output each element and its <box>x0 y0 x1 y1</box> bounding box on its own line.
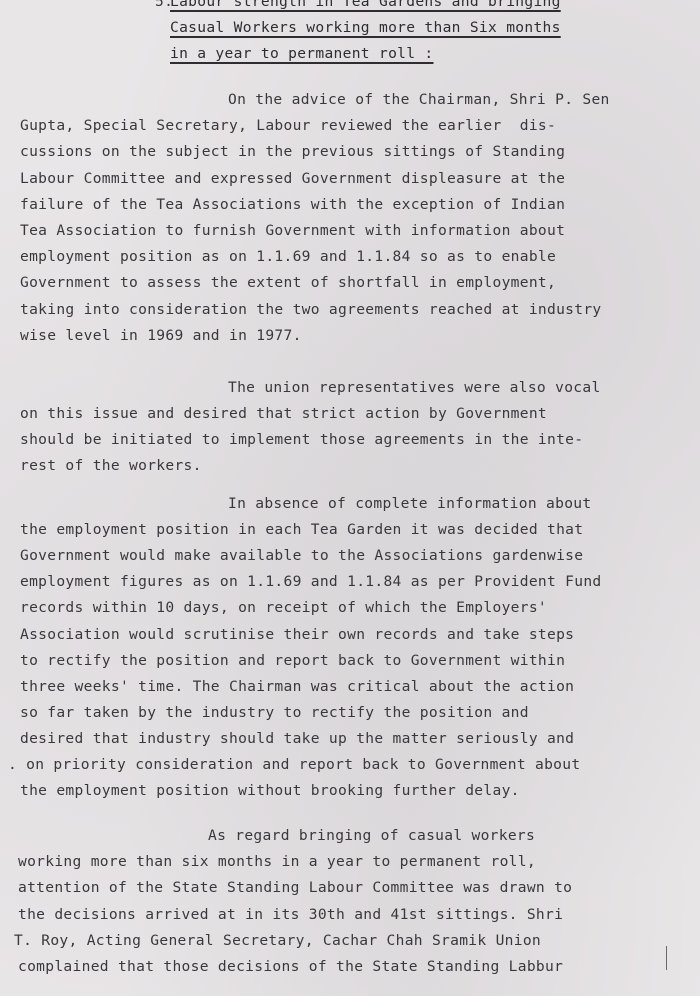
heading-line-2: Casual Workers working more than Six mon… <box>170 18 561 38</box>
paragraph-3-line: records within 10 days, on receipt of wh… <box>20 598 547 618</box>
paragraph-3-line: In absence of complete information about <box>228 494 591 514</box>
paragraph-4-line: T. Roy, Acting General Secretary, Cachar… <box>14 931 541 951</box>
paragraph-4-line: attention of the State Standing Labour C… <box>18 878 572 898</box>
paragraph-1-line: employment position as on 1.1.69 and 1.1… <box>20 247 556 267</box>
paragraph-3-line: the employment position without brooking… <box>20 781 520 801</box>
paragraph-2-line: should be initiated to implement those a… <box>20 430 583 450</box>
paragraph-2-line: The union representatives were also voca… <box>228 378 601 398</box>
paragraph-1-line: wise level in 1969 and in 1977. <box>20 326 302 346</box>
paragraph-1-line: Gupta, Special Secretary, Labour reviewe… <box>20 116 556 136</box>
paragraph-3-line: Government would make available to the A… <box>20 546 583 566</box>
paragraph-3-line: to rectify the position and report back … <box>20 651 565 671</box>
paragraph-1-line: cussions on the subject in the previous … <box>20 142 565 162</box>
paragraph-4-line: working more than six months in a year t… <box>18 852 536 872</box>
paragraph-4-line: complained that those decisions of the S… <box>18 957 563 977</box>
paragraph-4-line: the decisions arrived at in its 30th and… <box>18 905 563 925</box>
margin-mark <box>666 946 667 970</box>
paragraph-3-line: . on priority consideration and report b… <box>8 755 580 775</box>
paragraph-2-line: rest of the workers. <box>20 456 202 476</box>
paragraph-1-line: Labour Committee and expressed Governmen… <box>20 169 565 189</box>
paragraph-3-line: employment figures as on 1.1.69 and 1.1.… <box>20 572 602 592</box>
paragraph-3-line: the employment position in each Tea Gard… <box>20 520 583 540</box>
paragraph-3-line: desired that industry should take up the… <box>20 729 574 749</box>
paragraph-3-line: so far taken by the industry to rectify … <box>20 703 529 723</box>
paragraph-1-line: failure of the Tea Associations with the… <box>20 195 565 215</box>
paragraph-1-line: Government to assess the extent of short… <box>20 273 556 293</box>
paragraph-1-line: Tea Association to furnish Government wi… <box>20 221 565 241</box>
paragraph-3-line: Association would scrutinise their own r… <box>20 625 574 645</box>
paragraph-1-line: taking into consideration the two agreem… <box>20 300 602 320</box>
paragraph-1-line: On the advice of the Chairman, Shri P. S… <box>228 90 610 110</box>
heading-line-3: in a year to permanent roll : <box>170 44 434 64</box>
document-page: 5. Labour strength in Tea Gardens and br… <box>0 0 700 996</box>
paragraph-4-line: As regard bringing of casual workers <box>208 826 535 846</box>
paragraph-3-line: three weeks' time. The Chairman was crit… <box>20 677 574 697</box>
paragraph-2-line: on this issue and desired that strict ac… <box>20 404 547 424</box>
heading-line-1: Labour strength in Tea Gardens and bring… <box>170 0 561 12</box>
